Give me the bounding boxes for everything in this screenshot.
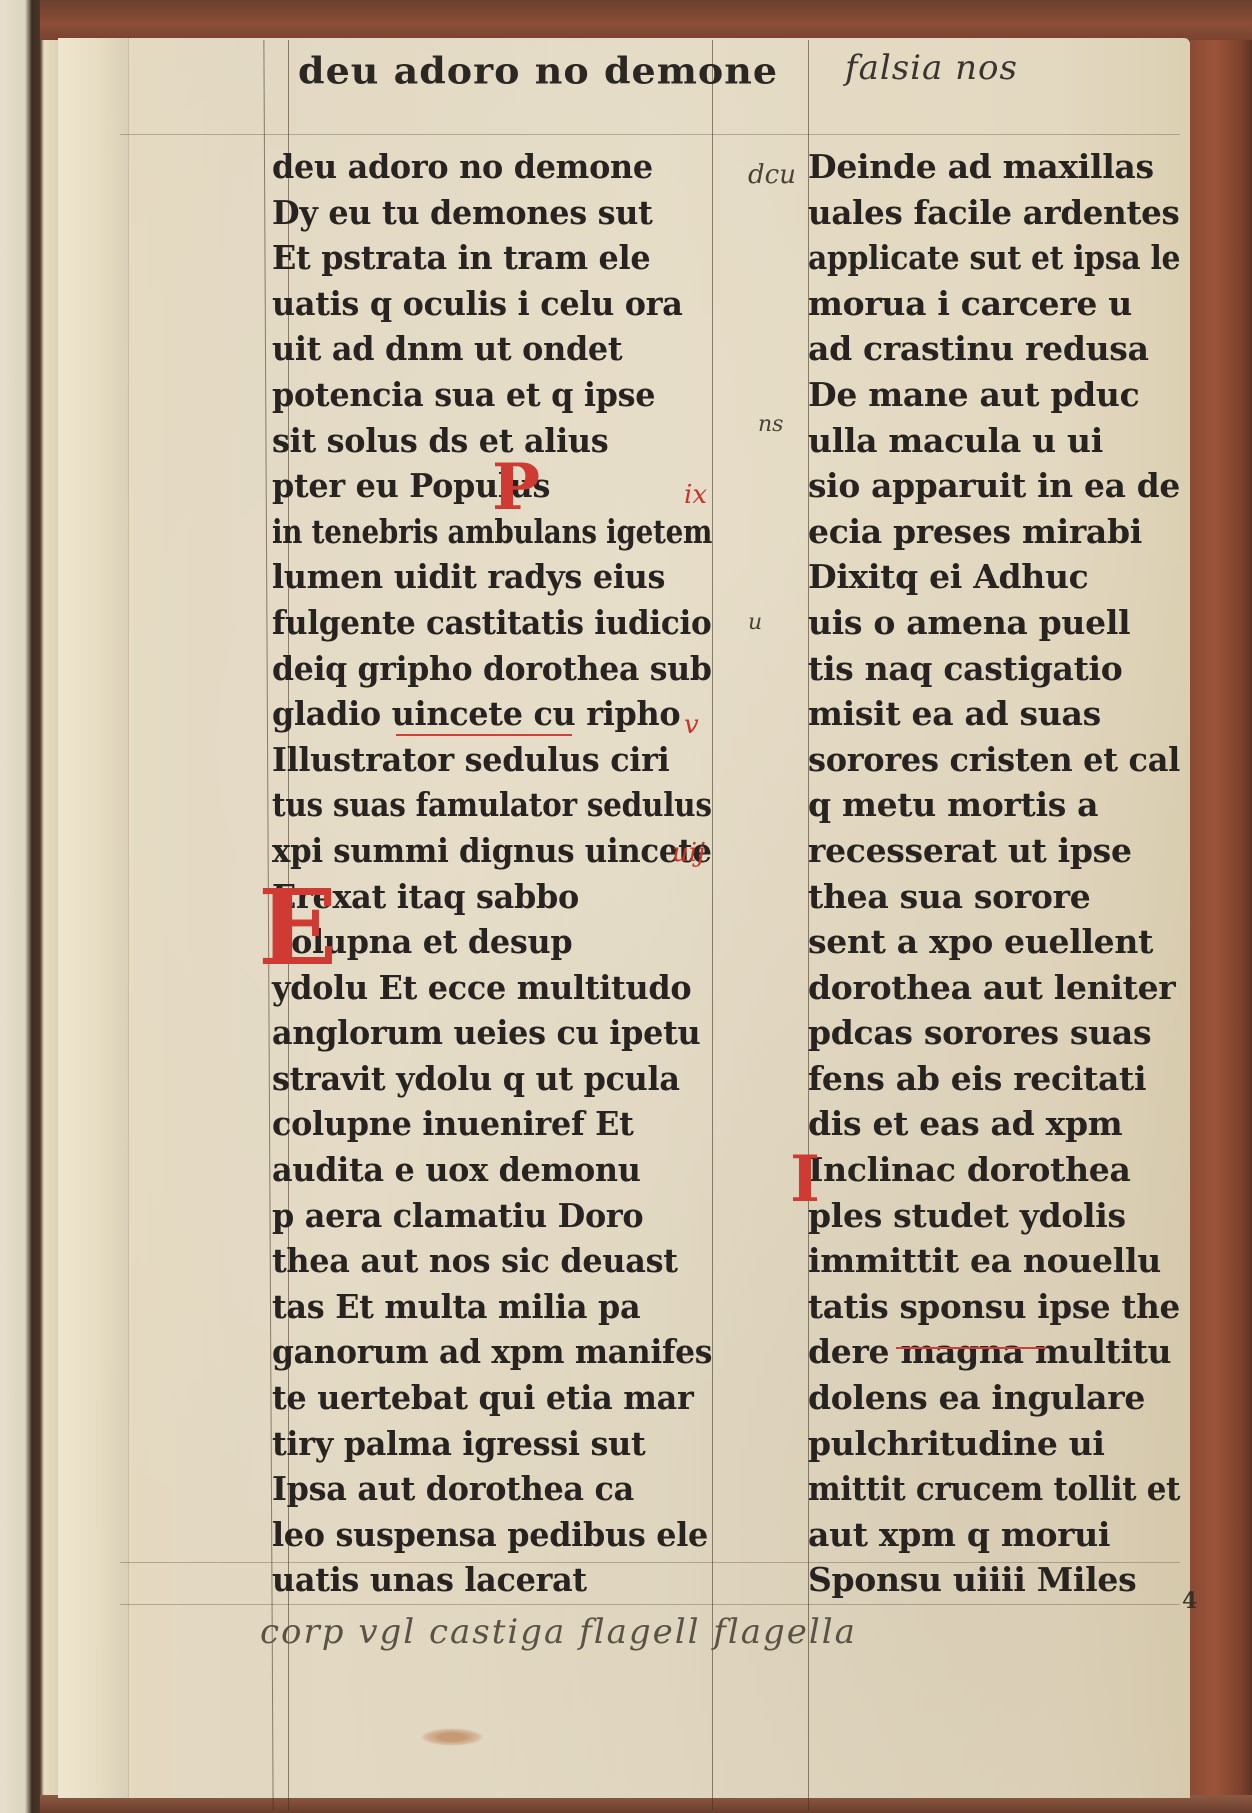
text-line: potencia sua et q ipse	[272, 372, 712, 418]
adjacent-leaves-edge	[0, 0, 60, 1813]
text-line: ples studet ydolis	[808, 1193, 1180, 1239]
text-line: ulla macula u ui	[808, 418, 1180, 464]
rubric-underline-sponsu	[896, 1347, 1046, 1349]
text-line: tas Et multa milia pa	[272, 1284, 712, 1330]
text-line: leo suspensa pedibus ele	[272, 1512, 712, 1558]
text-line: tiry palma igressi sut	[272, 1421, 712, 1467]
rubric-mark-uij: uij	[672, 838, 705, 868]
text-column-right: Deinde ad maxillasuales facile ardentesa…	[808, 144, 1180, 1603]
text-line: stravit ydolu q ut pcula	[272, 1056, 712, 1102]
text-line: thea sua sorore	[808, 874, 1180, 920]
text-line: Sponsu uiiii Miles	[808, 1557, 1180, 1603]
text-line: uit ad dnm ut ondet	[272, 326, 712, 372]
text-line: Dy eu tu demones sut	[272, 190, 712, 236]
text-line: in tenebris ambulans igetem	[272, 509, 655, 555]
text-line: Illustrator sedulus ciri	[272, 737, 712, 783]
text-line: sio apparuit in ea de	[808, 463, 1178, 509]
text-line: sent a xpo euellent	[808, 919, 1180, 965]
text-line: lumen uidit radys eius	[272, 554, 712, 600]
text-line: te uertebat qui etia mar	[272, 1375, 712, 1421]
text-line: sorores cristen et cal	[808, 737, 1168, 783]
initial-i-inclinac: I	[790, 1148, 820, 1212]
initial-p-populus: P	[492, 456, 540, 520]
text-line: uatis unas lacerat	[272, 1557, 712, 1603]
rubric-mark-ix: ix	[684, 480, 707, 510]
text-line: recesserat ut ipse	[808, 828, 1180, 874]
text-column-left: deu adoro no demoneDy eu tu demones sutE…	[272, 144, 728, 1603]
text-line: uatis q oculis i celu ora	[272, 281, 712, 327]
text-line: immittit ea nouellu	[808, 1238, 1180, 1284]
text-line: dolens ea ingulare	[808, 1375, 1180, 1421]
folio-mark: 4	[1182, 1588, 1197, 1614]
text-line: morua i carcere u	[808, 281, 1180, 327]
running-head-left: deu adoro no demone	[298, 49, 778, 92]
wax-stain	[420, 1728, 484, 1746]
text-line: mittit crucem tollit et	[808, 1466, 1157, 1512]
margin-note-ns: ns	[758, 412, 783, 437]
text-line: Ipsa aut dorothea ca	[272, 1466, 712, 1512]
text-line: Deinde ad maxillas	[808, 144, 1180, 190]
text-line: tus suas famulator sedulus	[272, 782, 680, 828]
text-line: pdcas sorores suas	[808, 1010, 1180, 1056]
text-line: p aera clamatiu Doro	[272, 1193, 712, 1239]
text-line: applicate sut et ipsa le	[808, 235, 1144, 281]
text-line: dis et eas ad xpm	[808, 1101, 1180, 1147]
text-line: De mane aut pduc	[808, 372, 1180, 418]
text-line: misit ea ad suas	[808, 691, 1180, 737]
text-line: aut xpm q morui	[808, 1512, 1180, 1558]
text-line: tis naq castigatio	[808, 646, 1180, 692]
running-head-right: falsia nos	[845, 48, 1018, 88]
text-line: pulchritudine ui	[808, 1421, 1180, 1467]
ruling-head	[120, 134, 1180, 135]
initial-e-erexat: E	[258, 876, 337, 980]
text-line: ad crastinu redusa	[808, 326, 1180, 372]
bottom-gloss: corp vgl castiga flagell flagella	[260, 1612, 857, 1652]
text-line: deu adoro no demone	[272, 144, 712, 190]
text-line: dorothea aut leniter	[808, 965, 1180, 1011]
text-line: fulgente castitatis iudicio	[272, 600, 701, 646]
text-line: ecia preses mirabi	[808, 509, 1180, 555]
text-line: colupna et desup	[272, 919, 712, 965]
text-line: thea aut nos sic deuast	[272, 1238, 712, 1284]
binding-right	[1190, 40, 1252, 1813]
rubric-underline-uincete	[396, 734, 572, 736]
text-line: Et pstrata in tram ele	[272, 235, 712, 281]
text-line: uis o amena puell	[808, 600, 1180, 646]
text-line: ydolu Et ecce multitudo	[272, 965, 712, 1011]
text-line: q metu mortis a	[808, 782, 1180, 828]
text-line: gladio uincete cu ripho	[272, 691, 712, 737]
text-line: uales facile ardentes	[808, 190, 1174, 236]
text-line: deiq gripho dorothea sub	[272, 646, 707, 692]
ruling-bottom-2	[120, 1604, 1180, 1605]
text-line: Erexat itaq sabbo	[272, 874, 712, 920]
text-line: dere magna multitu	[808, 1329, 1180, 1375]
text-line: audita e uox demonu	[272, 1147, 712, 1193]
text-line: Dixitq ei Adhuc	[808, 554, 1180, 600]
text-line: Inclinac dorothea	[808, 1147, 1180, 1193]
page-inner-margin	[58, 38, 129, 1798]
margin-note-u: u	[748, 610, 762, 635]
text-line: tatis sponsu ipse the	[808, 1284, 1175, 1330]
text-line: colupne inueniref Et	[272, 1101, 712, 1147]
binding-top	[40, 0, 1252, 40]
margin-note-dcu: dcu	[748, 160, 796, 190]
text-line: ganorum ad xpm manifes	[272, 1329, 705, 1375]
text-line: fens ab eis recitati	[808, 1056, 1180, 1102]
rubric-mark-v: v	[684, 710, 699, 740]
text-line: anglorum ueies cu ipetu	[272, 1010, 712, 1056]
